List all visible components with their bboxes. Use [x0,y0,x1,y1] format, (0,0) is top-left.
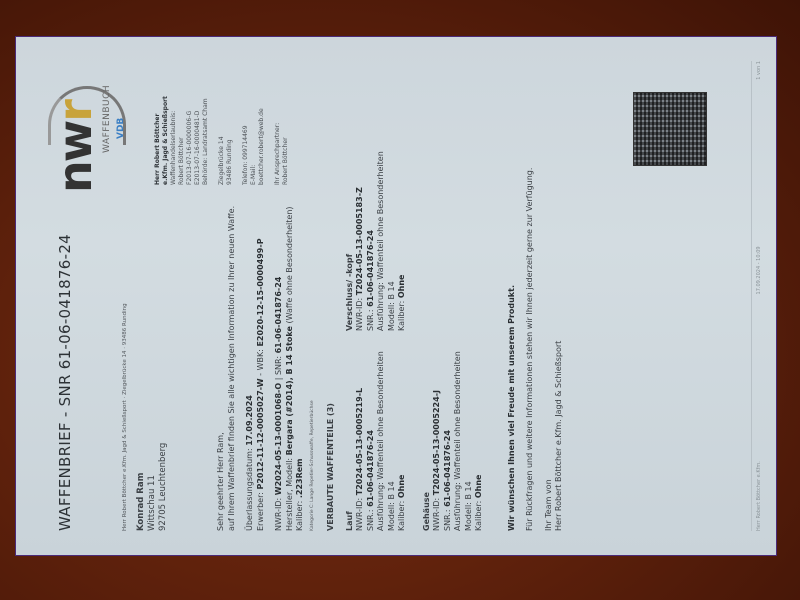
logo-brand: nwr [52,101,98,193]
weapon-snr-label: | SNR: [274,353,283,382]
part-snr-label: SNR.: [366,307,375,331]
recipient-address: Konrad Ram Wittschau 11 92705 Leuchtenbe… [136,443,169,531]
part-nwr-id: T2024-05-13-0005183-Z [355,187,364,295]
permit-holder: Robert Böttcher [178,96,186,185]
part-caliber: Ohne [474,475,483,499]
permit-f: F2013-07-16-0000006-G [186,96,194,185]
part-nwr-id: T2024-05-13-0005219-L [355,388,364,495]
maker-note: (Waffe ohne Besonderheiten) [285,206,294,326]
weapon-info: NWR-ID: W2024-05-13-0001068-O | SNR: 61-… [274,61,316,531]
recipient-street: Wittschau 11 [147,443,158,531]
part-verschluss: Verschluss/ -kopf NWR-ID: T2024-05-13-00… [345,131,408,331]
signoff-line-1: Ihr Team von [544,479,553,531]
wbk-id: E2020-12-15-0000499-P [256,238,265,346]
logo-badge: VDB [116,118,126,139]
part-lauf: Lauf NWR-ID: T2024-05-13-0005219-L SNR.:… [345,331,408,531]
sender-return-address: Herr Robert Böttcher e.Kfm. Jagd & Schie… [122,303,128,531]
logo-subtitle: WAFFENBUCH [102,85,112,153]
contact-text: Für Rückfragen und weitere Informationen… [525,61,536,531]
part-model: Modell: B 14 [387,131,398,331]
letter-intro: Sehr geehrter Herr Ram, auf Ihrem Waffen… [216,61,237,531]
wish-text: Wir wünschen Ihnen viel Freude mit unser… [507,285,516,531]
part-model: Modell: B 14 [387,331,398,531]
transfer-date: 17.09.2024 [245,395,254,446]
signoff-line-2: Herr Robert Böttcher e.Kfm. Jagd & Schie… [554,341,563,531]
part-caliber-label: Kaliber: [474,498,483,531]
company-name-2: e.Kfm. Jagd & Schießsport [162,96,169,185]
part-nwr-id: T2024-05-13-0005224-J [432,390,441,495]
part-caliber-label: Kaliber: [397,498,406,531]
wbk-label: - WBK: [256,347,265,379]
part-title: Verschluss/ -kopf [345,131,356,331]
authority: Behörde: Landratsamt Cham [202,96,210,185]
part-snr: 61-06-041876-24 [443,430,452,507]
part-nwr-label: NWR-ID: [432,495,441,531]
transfer-label: Überlassungsdatum: [245,446,254,531]
document-title: WAFFENBRIEF - SNR 61-06-041876-24 [56,234,74,531]
parts-row: Lauf NWR-ID: T2024-05-13-0005219-L SNR.:… [345,61,408,531]
part-nwr-label: NWR-ID: [355,295,364,331]
part-snr: 61-06-041876-24 [366,430,375,507]
part-execution: Ausführung: Waffenteil ohne Besonderheit… [453,331,464,531]
part-caliber: Ohne [397,275,406,299]
company-name-1: Herr Robert Böttcher [154,114,161,185]
closing: Wir wünschen Ihnen viel Freude mit unser… [507,61,565,531]
weapon-nwr-label: NWR-ID: [274,495,283,531]
part-nwr-label: NWR-ID: [355,495,364,531]
waffenbrief-document: WAFFENBRIEF - SNR 61-06-041876-24 Herr R… [16,37,776,555]
datamatrix-code [634,93,706,165]
part-snr-label: SNR.: [366,507,375,531]
transfer-info: Überlassungsdatum: 17.09.2024 Erwerber: … [245,61,266,531]
recipient-name: Konrad Ram [136,443,147,531]
weapon-category: Kategorie C: Lange Repetier-Schusswaffe,… [310,400,315,531]
maker-model: Bergara (#2014), B 14 Stoke [285,326,294,455]
maker-label: Hersteller, Modell: [285,455,294,531]
letter-body: Sehr geehrter Herr Ram, auf Ihrem Waffen… [216,61,573,531]
acquirer-label: Erwerber: [256,490,265,531]
page-number: 1 von 1 [756,61,762,80]
part-title: Lauf [345,331,356,531]
footer-company: Herr Robert Böttcher e.Kfm. [756,461,762,531]
part-execution: Ausführung: Waffenteil ohne Besonderheit… [376,331,387,531]
part-caliber: Ohne [397,475,406,499]
part-execution: Ausführung: Waffenteil ohne Besonderheit… [376,131,387,331]
acquirer-id: P2012-11-12-0005027-W [256,378,265,489]
weapon-snr: 61-06-041876-24 [274,277,283,354]
caliber-label: Kaliber: [295,498,304,531]
part-title: Gehäuse [422,331,433,531]
part-snr-label: SNR.: [443,507,452,531]
permit-e: E2013-07-16-0000481-D [194,96,202,185]
part-caliber-label: Kaliber: [397,298,406,331]
part-gehaeuse: Gehäuse NWR-ID: T2024-05-13-0005224-J SN… [422,331,485,531]
part-snr: 61-06-041876-24 [366,230,375,307]
part-model: Modell: B 14 [464,331,475,531]
weapon-caliber: .223Rem [295,458,304,498]
footer-timestamp: 17.09.2024 - 10:09 [756,246,762,294]
weapon-nwr-id: W2024-05-13-0001068-O [274,383,283,495]
page-footer: Herr Robert Böttcher e.Kfm. 17.09.2024 -… [751,61,762,531]
intro-text: auf Ihrem Waffenbrief finden Sie alle wi… [227,206,236,531]
parts-heading: VERBAUTE WAFFENTEILE (3) [326,61,337,531]
recipient-city: 92705 Leuchtenberg [158,443,169,531]
greeting: Sehr geehrter Herr Ram, [216,432,225,531]
nwr-waffenbuch-logo: nwr WAFFENBUCH VDB [44,87,144,197]
permit-label: Waffenhandelserlaubnis: [170,96,178,185]
